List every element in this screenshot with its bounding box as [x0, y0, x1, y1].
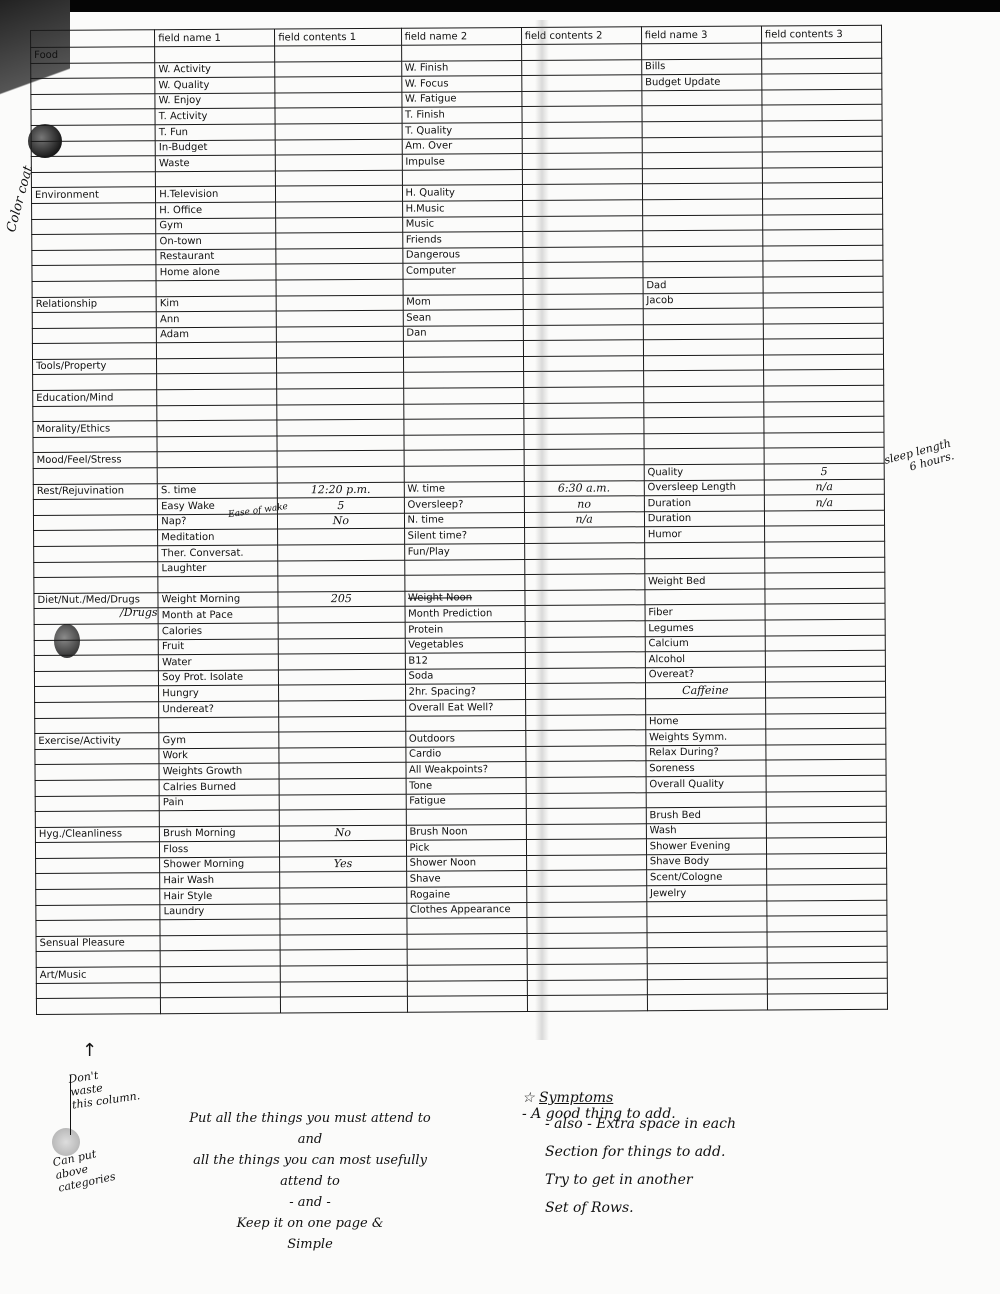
field-name-cell — [156, 280, 276, 296]
field-contents-cell[interactable] — [277, 342, 403, 358]
field-name-cell: Kim — [156, 295, 276, 311]
field-contents-cell[interactable] — [762, 214, 882, 230]
field-name-cell: Ann — [156, 311, 276, 327]
paper-fold — [535, 20, 549, 1040]
field-contents-cell[interactable] — [279, 653, 405, 669]
field-name-cell — [642, 90, 762, 106]
field-name-cell — [642, 199, 762, 215]
field-contents-cell[interactable] — [279, 685, 405, 701]
field-name-cell: Duration — [644, 495, 764, 511]
category-cell — [34, 546, 158, 562]
field-contents-cell[interactable] — [280, 950, 406, 966]
field-contents-cell[interactable] — [762, 105, 882, 121]
field-contents-cell[interactable] — [765, 682, 885, 698]
field-name-cell: Impulse — [402, 154, 522, 170]
field-contents-cell[interactable] — [762, 120, 882, 136]
field-name-cell — [403, 372, 523, 388]
field-contents-cell[interactable] — [763, 292, 883, 308]
field-name-cell: Weight Morning — [158, 592, 278, 608]
field-contents-cell[interactable] — [276, 217, 402, 233]
field-name-cell — [407, 980, 527, 996]
field-name-cell — [643, 370, 763, 386]
field-contents-cell[interactable] — [764, 401, 884, 417]
field-contents-cell[interactable] — [276, 232, 402, 248]
field-contents-cell[interactable] — [279, 700, 405, 716]
field-contents-cell[interactable] — [275, 139, 401, 155]
field-contents-cell[interactable] — [763, 245, 883, 261]
category-cell — [32, 265, 156, 281]
field-contents-cell[interactable] — [763, 323, 883, 339]
field-contents-cell[interactable] — [763, 354, 883, 370]
field-name-cell — [645, 589, 765, 605]
category-cell — [36, 982, 160, 998]
tracking-table: field name 1field contents 1field name 2… — [30, 25, 888, 1015]
field-contents-cell[interactable] — [766, 838, 886, 854]
field-name-cell — [401, 44, 521, 60]
category-cell — [35, 795, 159, 811]
field-contents-cell[interactable] — [277, 326, 403, 342]
field-name-cell — [643, 246, 763, 262]
field-name-cell: Relax During? — [646, 745, 766, 761]
field-name-cell: Computer — [402, 263, 522, 279]
field-name-cell: H. Quality — [402, 185, 522, 201]
field-contents-cell[interactable] — [762, 73, 882, 89]
category-cell — [36, 998, 160, 1014]
field-contents-cell[interactable] — [278, 544, 404, 560]
field-name-cell: Waste — [155, 155, 275, 171]
field-name-cell: Hungry — [159, 685, 279, 701]
field-contents-cell[interactable] — [767, 978, 887, 994]
field-contents-cell[interactable] — [767, 884, 887, 900]
field-name-cell: Calries Burned — [159, 779, 279, 795]
field-contents-cell[interactable] — [764, 541, 884, 557]
field-name-cell: Wash — [646, 823, 766, 839]
field-name-cell — [161, 997, 281, 1013]
category-cell — [35, 811, 159, 827]
category-cell — [36, 951, 160, 967]
field-name-cell: Budget Update — [642, 74, 762, 90]
field-name-cell: Fatigue — [406, 793, 526, 809]
field-contents-cell[interactable] — [276, 201, 402, 217]
field-contents-cell[interactable] — [767, 947, 887, 963]
field-contents-cell[interactable] — [278, 560, 404, 576]
category-cell — [35, 780, 159, 796]
field-contents-cell[interactable] — [277, 451, 403, 467]
category-cell: Mood/Feel/Stress — [33, 452, 157, 468]
field-name-cell: W. Activity — [155, 62, 275, 78]
field-contents-cell[interactable] — [279, 763, 405, 779]
field-contents-cell[interactable] — [279, 778, 405, 794]
field-name-cell: On-town — [156, 233, 276, 249]
field-contents-cell[interactable] — [766, 791, 886, 807]
field-name-cell: Humor — [644, 526, 764, 542]
header-field-contents-3: field contents 3 — [761, 25, 881, 43]
field-contents-cell[interactable] — [279, 794, 405, 810]
category-cell: Hyg./Cleanliness — [35, 826, 159, 842]
field-contents-cell[interactable] — [280, 887, 406, 903]
category-cell — [35, 764, 159, 780]
field-name-cell: Weights Growth — [159, 763, 279, 779]
field-contents-cell[interactable] — [279, 716, 405, 732]
field-name-cell — [647, 947, 767, 963]
field-contents-cell[interactable] — [275, 76, 401, 92]
field-name-cell — [160, 919, 280, 935]
field-name-cell — [403, 341, 523, 357]
field-contents-cell[interactable] — [766, 775, 886, 791]
field-contents-cell[interactable] — [762, 136, 882, 152]
field-contents-cell[interactable] — [278, 607, 404, 623]
field-name-cell: Gym — [159, 732, 279, 748]
header-field-name-1: field name 1 — [155, 29, 275, 47]
field-contents-cell[interactable]: Yes — [280, 856, 406, 872]
field-name-cell: Fun/Play — [404, 543, 524, 559]
field-contents-cell[interactable] — [277, 357, 403, 373]
category-cell — [36, 889, 160, 905]
field-name-cell — [157, 405, 277, 421]
field-name-cell: W. Fatigue — [401, 91, 521, 107]
category-cell: Tools/Property — [33, 359, 157, 375]
field-name-cell: Pick — [406, 840, 526, 856]
field-contents-cell[interactable]: 12:20 p.m. — [278, 482, 404, 498]
field-contents-cell[interactable] — [279, 638, 405, 654]
field-contents-cell[interactable]: 205 — [278, 591, 404, 607]
field-name-cell — [161, 982, 281, 998]
field-name-cell — [157, 389, 277, 405]
field-contents-cell[interactable] — [275, 123, 401, 139]
field-contents-cell[interactable]: n/a — [764, 495, 884, 511]
field-name-cell: Brush Bed — [646, 807, 766, 823]
field-name-cell: Dangerous — [402, 247, 522, 263]
category-cell: Environment — [31, 187, 155, 203]
field-contents-cell[interactable] — [279, 731, 405, 747]
field-name-cell — [647, 932, 767, 948]
field-contents-cell[interactable] — [766, 713, 886, 729]
field-contents-cell[interactable]: 5 — [764, 463, 884, 479]
star-icon: ☆ — [522, 1090, 539, 1106]
field-contents-cell[interactable] — [767, 900, 887, 916]
header-field-name-3: field name 3 — [641, 26, 761, 44]
field-contents-cell[interactable] — [277, 373, 403, 389]
field-contents-cell[interactable] — [767, 962, 887, 978]
field-contents-cell[interactable] — [280, 872, 406, 888]
field-contents-cell[interactable] — [763, 339, 883, 355]
category-cell — [31, 140, 155, 156]
field-name-cell — [157, 420, 277, 436]
field-contents-cell[interactable] — [766, 822, 886, 838]
field-contents-cell[interactable] — [765, 604, 885, 620]
field-contents-cell[interactable] — [280, 934, 406, 950]
field-contents-cell[interactable] — [278, 575, 404, 591]
field-contents-cell[interactable] — [767, 993, 887, 1009]
field-name-cell: T. Fun — [155, 124, 275, 140]
field-contents-cell[interactable] — [277, 310, 403, 326]
category-cell — [31, 109, 155, 125]
field-name-cell: W. Finish — [401, 60, 521, 76]
field-contents-cell[interactable] — [765, 572, 885, 588]
field-name-cell — [406, 918, 526, 934]
field-name-cell — [643, 355, 763, 371]
field-contents-cell[interactable] — [763, 276, 883, 292]
field-contents-cell[interactable] — [277, 404, 403, 420]
field-name-cell — [403, 434, 523, 450]
field-contents-cell[interactable] — [765, 650, 885, 666]
field-name-cell: Month Prediction — [405, 606, 525, 622]
field-contents-cell[interactable] — [762, 198, 882, 214]
field-contents-cell[interactable] — [280, 809, 406, 825]
field-contents-cell[interactable]: No — [280, 825, 406, 841]
field-name-cell: Gym — [156, 218, 276, 234]
category-cell — [33, 468, 157, 484]
field-name-cell: Shower Noon — [406, 855, 526, 871]
field-name-cell: Oversleep Length — [644, 480, 764, 496]
field-name-cell — [647, 979, 767, 995]
field-name-cell: Dan — [403, 325, 523, 341]
field-contents-cell[interactable] — [765, 666, 885, 682]
field-contents-cell[interactable] — [764, 510, 884, 526]
field-contents-cell[interactable] — [764, 432, 884, 448]
field-name-cell: Home alone — [156, 264, 276, 280]
field-contents-cell[interactable] — [764, 448, 884, 464]
field-contents-cell[interactable] — [277, 419, 403, 435]
field-name-cell: Overeat? — [645, 667, 765, 683]
field-name-cell: Nap? — [158, 514, 278, 530]
category-cell — [31, 156, 155, 172]
field-contents-cell[interactable] — [761, 42, 881, 58]
field-contents-cell[interactable] — [763, 229, 883, 245]
field-contents-cell[interactable] — [763, 307, 883, 323]
category-cell — [33, 515, 157, 531]
field-contents-cell[interactable] — [280, 903, 406, 919]
field-contents-cell[interactable] — [762, 151, 882, 167]
note-also-extra-space: - also - Extra space in each Section for… — [545, 1110, 736, 1222]
field-name-cell: Shower Morning — [160, 857, 280, 873]
field-contents-cell[interactable] — [767, 931, 887, 947]
category-cell: Morality/Ethics — [33, 421, 157, 437]
field-name-cell: T. Finish — [401, 107, 521, 123]
field-name-cell: Clothes Appearance — [406, 902, 526, 918]
category-cell — [34, 655, 158, 671]
field-name-cell: Protein — [405, 621, 525, 637]
field-contents-cell[interactable] — [762, 58, 882, 74]
category-cell — [36, 873, 160, 889]
field-contents-cell[interactable] — [765, 557, 885, 573]
field-name-cell: Overall Quality — [646, 776, 766, 792]
field-name-cell — [643, 308, 763, 324]
field-name-cell — [406, 809, 526, 825]
field-name-cell — [647, 994, 767, 1010]
field-contents-cell[interactable] — [275, 108, 401, 124]
field-contents-cell[interactable] — [762, 183, 882, 199]
field-contents-cell[interactable] — [766, 869, 886, 885]
field-name-cell — [407, 933, 527, 949]
field-name-cell: W. Quality — [155, 77, 275, 93]
category-cell — [35, 842, 159, 858]
field-name-cell: Oversleep? — [404, 497, 524, 513]
field-contents-cell[interactable]: 5 — [278, 497, 404, 513]
field-name-cell: Brush Noon — [406, 824, 526, 840]
category-cell: Exercise/Activity — [35, 733, 159, 749]
field-name-cell: Scent/Cologne — [646, 869, 766, 885]
field-name-cell — [404, 575, 524, 591]
field-contents-cell[interactable] — [276, 264, 402, 280]
field-contents-cell[interactable] — [278, 622, 404, 638]
category-cell — [32, 203, 156, 219]
category-cell — [34, 624, 158, 640]
arrow-up-icon: ↑ — [82, 1040, 97, 1061]
field-contents-cell[interactable] — [765, 619, 885, 635]
category-cell — [31, 62, 155, 78]
field-name-cell: Tone — [406, 777, 526, 793]
field-contents-cell[interactable] — [765, 635, 885, 651]
field-name-cell — [642, 215, 762, 231]
field-contents-cell[interactable] — [280, 840, 406, 856]
field-name-cell: Duration — [644, 511, 764, 527]
category-cell — [34, 639, 158, 655]
field-name-cell — [403, 419, 523, 435]
field-contents-cell[interactable] — [281, 996, 407, 1012]
field-name-cell — [407, 965, 527, 981]
category-cell: Food — [31, 47, 155, 63]
field-name-cell: In-Budget — [155, 140, 275, 156]
field-name-cell: Shave — [406, 871, 526, 887]
field-contents-cell[interactable] — [276, 248, 402, 264]
field-name-cell — [404, 450, 524, 466]
field-name-cell — [644, 433, 764, 449]
category-cell — [32, 327, 156, 343]
field-name-cell — [642, 168, 762, 184]
field-name-cell: Undereat? — [159, 701, 279, 717]
field-name-cell: Vegetables — [405, 637, 525, 653]
tracking-form: field name 1field contents 1field name 2… — [30, 25, 888, 1015]
field-contents-cell[interactable] — [281, 965, 407, 981]
field-name-cell — [643, 386, 763, 402]
field-contents-cell[interactable] — [762, 89, 882, 105]
field-name-cell: Hair Style — [160, 888, 280, 904]
field-name-cell — [642, 152, 762, 168]
field-contents-cell[interactable] — [276, 279, 402, 295]
field-contents-cell[interactable] — [279, 669, 405, 685]
field-contents-cell[interactable] — [765, 697, 885, 713]
header-field-name-2: field name 2 — [401, 27, 521, 45]
field-contents-cell[interactable] — [275, 61, 401, 77]
field-name-cell: Overall Eat Well? — [405, 699, 525, 715]
field-name-cell — [643, 261, 763, 277]
field-name-cell: Rogaine — [406, 887, 526, 903]
field-name-cell — [157, 467, 277, 483]
field-name-cell: Adam — [157, 327, 277, 343]
field-contents-cell[interactable] — [276, 170, 402, 186]
category-cell — [34, 530, 158, 546]
field-name-cell: Calcium — [645, 636, 765, 652]
field-contents-cell[interactable] — [281, 981, 407, 997]
field-contents-cell[interactable] — [763, 261, 883, 277]
field-name-cell: All Weakpoints? — [405, 762, 525, 778]
field-name-cell: Legumes — [645, 620, 765, 636]
field-name-cell: Soda — [405, 668, 525, 684]
field-name-cell — [157, 451, 277, 467]
field-contents-cell[interactable] — [277, 466, 403, 482]
field-name-cell — [160, 966, 280, 982]
field-contents-cell[interactable] — [766, 853, 886, 869]
field-name-cell — [644, 448, 764, 464]
category-cell — [35, 686, 159, 702]
field-name-cell — [160, 935, 280, 951]
field-contents-cell[interactable]: n/a — [764, 479, 884, 495]
field-name-cell — [642, 121, 762, 137]
field-contents-cell[interactable] — [278, 529, 404, 545]
field-name-cell — [157, 373, 277, 389]
field-name-cell — [157, 358, 277, 374]
field-name-cell — [647, 963, 767, 979]
field-name-cell — [403, 388, 523, 404]
field-contents-cell[interactable] — [767, 916, 887, 932]
field-name-cell — [642, 230, 762, 246]
note-drugs: /Drugs — [120, 606, 158, 619]
field-contents-cell[interactable] — [763, 370, 883, 386]
field-name-cell — [405, 715, 525, 731]
field-name-cell: W. time — [404, 481, 524, 497]
field-contents-cell[interactable] — [276, 295, 402, 311]
category-cell — [34, 670, 158, 686]
category-cell — [35, 717, 159, 733]
category-cell — [31, 125, 155, 141]
field-contents-cell[interactable] — [764, 526, 884, 542]
category-cell — [33, 374, 157, 390]
field-name-cell: Soreness — [646, 760, 766, 776]
field-contents-cell[interactable]: No — [278, 513, 404, 529]
field-contents-cell[interactable] — [766, 744, 886, 760]
note-dont-waste-column: Don't waste this column. — [68, 1063, 141, 1111]
field-contents-cell[interactable] — [764, 385, 884, 401]
field-name-cell: Soy Prot. Isolate — [159, 670, 279, 686]
field-contents-cell[interactable] — [275, 45, 401, 61]
field-contents-cell[interactable] — [280, 918, 406, 934]
field-name-cell: Mom — [403, 294, 523, 310]
field-contents-cell[interactable] — [765, 588, 885, 604]
field-name-cell: Music — [402, 216, 522, 232]
field-contents-cell[interactable] — [277, 435, 403, 451]
field-name-cell — [643, 324, 763, 340]
field-contents-cell[interactable] — [276, 154, 402, 170]
field-name-cell: Laundry — [160, 904, 280, 920]
field-name-cell: W. Focus — [401, 76, 521, 92]
field-contents-cell[interactable] — [279, 747, 405, 763]
field-name-cell: Laughter — [158, 561, 278, 577]
field-name-cell: Dad — [643, 277, 763, 293]
field-contents-cell[interactable] — [276, 186, 402, 202]
field-contents-cell[interactable] — [766, 728, 886, 744]
field-contents-cell[interactable] — [762, 167, 882, 183]
category-cell: Relationship — [32, 296, 156, 312]
field-contents-cell[interactable] — [766, 806, 886, 822]
field-name-cell — [404, 559, 524, 575]
field-name-cell: T. Activity — [155, 108, 275, 124]
field-name-cell: Shave Body — [646, 854, 766, 870]
field-name-cell: Caffeine — [645, 682, 765, 698]
category-cell: Sensual Pleasure — [36, 936, 160, 952]
field-contents-cell[interactable] — [275, 92, 401, 108]
category-cell: Education/Mind — [33, 390, 157, 406]
field-name-cell — [159, 810, 279, 826]
field-name-cell: Sean — [403, 310, 523, 326]
field-contents-cell[interactable] — [764, 417, 884, 433]
field-name-cell: Hair Wash — [160, 872, 280, 888]
field-name-cell: Jewelry — [646, 885, 766, 901]
field-name-cell: Shower Evening — [646, 838, 766, 854]
field-name-cell — [402, 169, 522, 185]
field-contents-cell[interactable] — [277, 388, 403, 404]
field-contents-cell[interactable] — [766, 760, 886, 776]
